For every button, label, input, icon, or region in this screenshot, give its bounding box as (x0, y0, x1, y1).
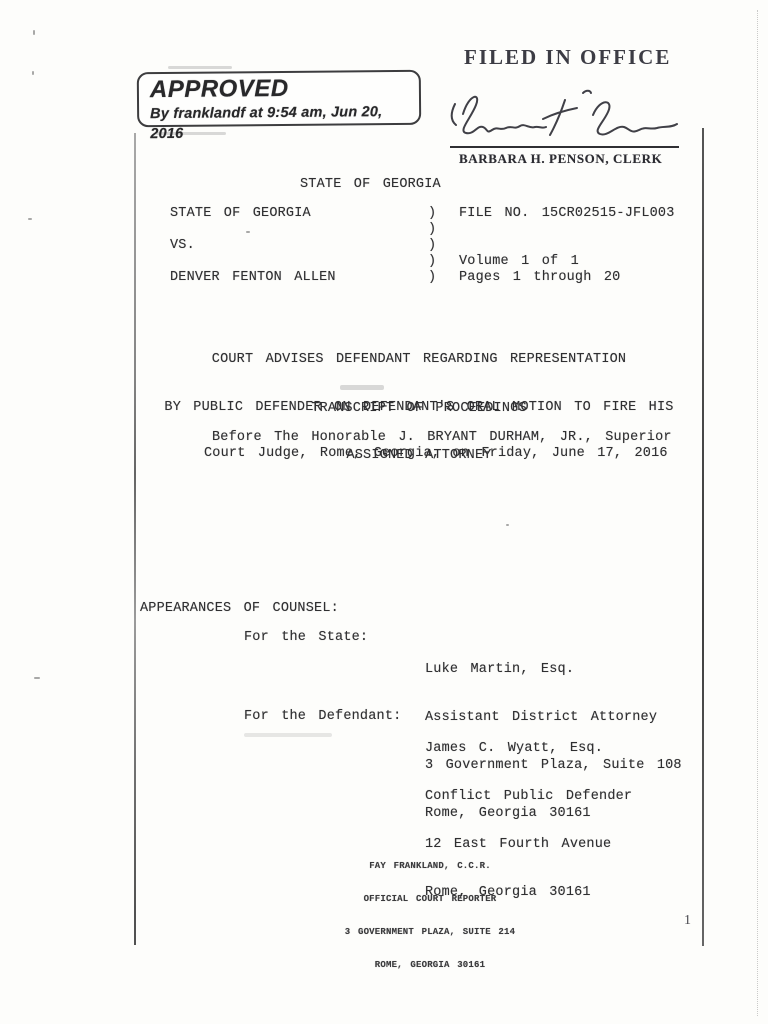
court-reporter-block: FAY FRANKLAND, C.C.R. OFFICIAL COURT REP… (280, 839, 580, 993)
approved-stamp: APPROVED By franklandf at 9:54 am, Jun 2… (137, 70, 421, 127)
filed-in-office-stamp: FILED IN OFFICE (464, 45, 671, 70)
appearances-heading: APPEARANCES OF COUNSEL: (140, 601, 339, 617)
page-number: 1 (684, 913, 691, 929)
reporter-name: FAY FRANKLAND, C.C.R. (280, 861, 580, 872)
reporter-title: OFFICIAL COURT REPORTER (280, 894, 580, 905)
clerk-signature-icon (447, 86, 683, 146)
approved-stamp-byline: By franklandf at 9:54 am, Jun 20, 2016 (150, 102, 419, 144)
scan-speck (33, 30, 35, 35)
caption-vs: VS. (170, 238, 195, 254)
caption-paren: ) (428, 270, 436, 286)
before-judge-line2: Court Judge, Rome, Georgia, on Friday, J… (204, 446, 668, 462)
scan-speck (506, 524, 509, 526)
scan-speck (28, 218, 32, 220)
caption-plaintiff: STATE OF GEORGIA (170, 206, 311, 222)
reporter-city: ROME, GEORGIA 30161 (280, 960, 580, 971)
clerk-name-stamp: BARBARA H. PENSON, CLERK (459, 151, 662, 167)
scan-speck (246, 231, 250, 233)
before-judge-line1: Before The Honorable J. BRYANT DURHAM, J… (212, 430, 672, 446)
for-the-state-label: For the State: (244, 630, 368, 646)
page-edge-rule (757, 10, 758, 1016)
scan-smudge (168, 66, 232, 69)
approved-stamp-title: APPROVED (150, 74, 419, 104)
scan-smudge (244, 733, 332, 737)
right-margin-rule (702, 128, 704, 946)
left-margin-rule (134, 133, 136, 945)
caption-paren: ) (428, 254, 436, 270)
hearing-title-line1: COURT ADVISES DEFENDANT REGARDING REPRES… (135, 352, 703, 368)
caption-paren: ) (428, 238, 436, 254)
court-header-line2: STATE OF GEORGIA (300, 177, 441, 193)
transcript-of-proceedings: TRANSCRIPT OF PROCEEDINGS (135, 401, 703, 417)
caption-volume: Volume 1 of 1 (459, 254, 579, 270)
reporter-address: 3 GOVERNMENT PLAZA, SUITE 214 (280, 927, 580, 938)
state-counsel-name: Luke Martin, Esq. (425, 662, 682, 678)
signature-rule (450, 146, 679, 148)
scan-speck (32, 71, 34, 75)
caption-file-number: FILE NO. 15CR02515-JFL003 (459, 206, 675, 222)
defendant-counsel-title: Conflict Public Defender (425, 789, 632, 805)
caption-paren: ) (428, 206, 436, 222)
caption-paren: ) (428, 222, 436, 238)
scanned-transcript-page: FILED IN OFFICE APPROVED By franklandf a… (0, 0, 768, 1024)
defendant-counsel-name: James C. Wyatt, Esq. (425, 741, 632, 757)
caption-defendant: DENVER FENTON ALLEN (170, 270, 336, 286)
scan-speck (34, 677, 40, 679)
caption-pages: Pages 1 through 20 (459, 270, 620, 286)
for-the-defendant-label: For the Defendant: (244, 709, 401, 725)
